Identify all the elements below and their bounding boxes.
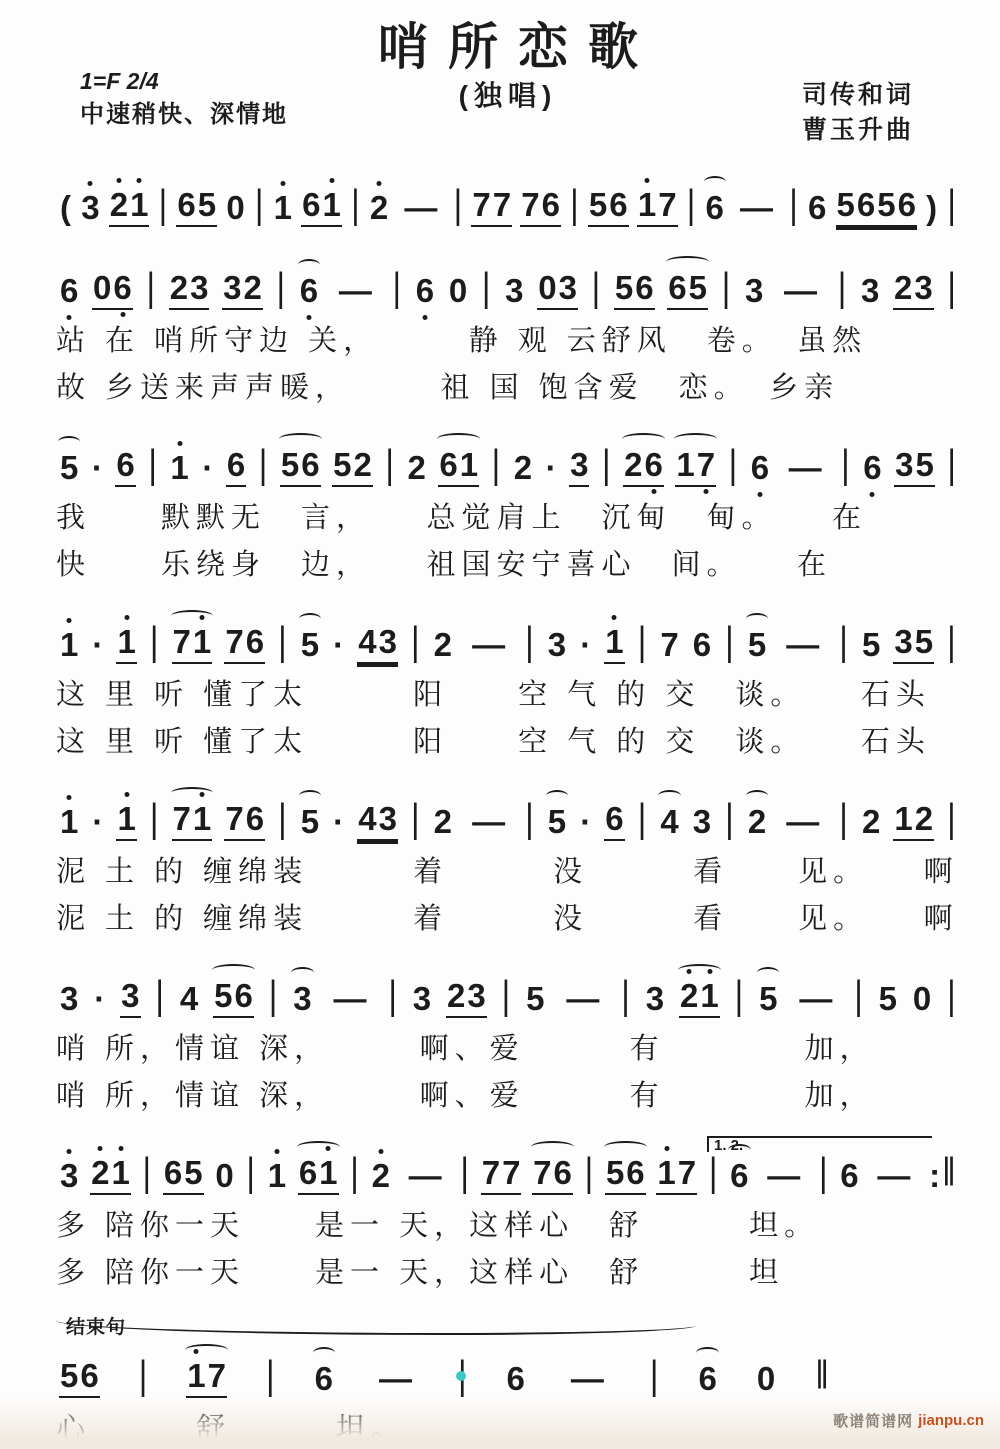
note-group: —	[870, 1157, 917, 1195]
note-token: |	[254, 189, 265, 227]
note-group: |	[837, 272, 848, 310]
note-char: ·	[91, 449, 104, 487]
note-char: 6	[163, 1154, 183, 1192]
note-group: 3	[504, 272, 524, 310]
music-line: 1·1|7176|5·43|2—|3·1|76|5—|535|	[56, 605, 960, 672]
note-token: 1	[59, 803, 79, 841]
note-group: 6	[729, 1157, 749, 1195]
note-token: 3	[569, 446, 589, 487]
note-char: 6	[807, 189, 827, 227]
note-group: |	[946, 626, 957, 664]
music-line: 3·3|456|3—|323|5—|321|5—|50|	[56, 959, 960, 1026]
note-token: |	[620, 980, 631, 1018]
note-group: |	[459, 1157, 470, 1195]
note-group: |	[277, 626, 288, 664]
note-token: ·	[91, 626, 104, 664]
note-token: 6	[750, 449, 770, 487]
note-group: 3	[547, 626, 567, 664]
note-char: |	[410, 794, 421, 840]
note-group: |	[946, 980, 957, 1018]
note-token: 06	[92, 269, 133, 310]
note-char: 1	[169, 449, 189, 487]
note-group: 6	[807, 189, 827, 227]
note-group: |	[384, 449, 395, 487]
note-token: 17	[637, 186, 678, 227]
note-group: |	[481, 272, 492, 310]
note-char: :	[928, 1157, 941, 1195]
note-group: |	[946, 272, 957, 310]
note-token: |	[728, 449, 739, 487]
note-group: 5	[525, 980, 545, 1018]
note-group: (	[59, 189, 72, 227]
note-char: 6	[79, 1357, 99, 1395]
note-char: 5	[183, 1154, 203, 1192]
lyric-row: 哨 所，情谊 深， 啊、爱 有 加，	[56, 1073, 960, 1120]
note-char: |	[601, 441, 612, 487]
note-group: 3	[292, 980, 312, 1018]
note-token: 56	[213, 977, 254, 1018]
note-group: 21	[679, 977, 720, 1018]
note-group: 5	[547, 803, 567, 841]
note-char: 6	[604, 800, 624, 838]
note-group: —	[760, 1157, 807, 1195]
score-line: 3·3|456|3—|323|5—|321|5—|50|哨 所，情谊 深， 啊、…	[56, 959, 960, 1120]
note-group: —	[779, 803, 826, 841]
note-char: |	[453, 181, 464, 227]
note-char: |	[384, 441, 395, 487]
note-group: 3	[744, 272, 764, 310]
note-char: 6	[415, 272, 435, 310]
note-group: 77	[471, 186, 512, 227]
note-group: 03	[537, 269, 578, 310]
note-group: 65	[176, 186, 217, 227]
note-char: 2	[679, 977, 699, 1015]
note-token: —	[465, 803, 512, 841]
score-line: 1·1|7176|5·43|2—|5·6|43|2—|212|泥 土 的 缠绵装…	[56, 782, 960, 943]
note-group: ·	[579, 803, 592, 841]
note-group: 5	[300, 626, 320, 664]
note-char: 6	[506, 1360, 526, 1398]
note-group: 61	[301, 186, 342, 227]
lyric-row: 快 乐绕身 边， 祖国安宁喜心 间。 在	[56, 542, 960, 589]
note-char: 3	[504, 272, 524, 310]
note-token: |	[268, 980, 279, 1018]
note-group: 6	[299, 272, 319, 310]
note-group: 2	[747, 803, 767, 841]
lyric-row: 哨 所，情谊 深， 啊、爱 有 加，	[56, 1026, 960, 1073]
note-token: 17	[186, 1357, 227, 1398]
lyric-row: 这 里 听 懂了太 阳 空 气 的 交 谈。 石头	[56, 672, 960, 719]
cyan-mark-artifact	[456, 1371, 466, 1381]
note-char: |	[268, 971, 279, 1017]
note-group: 5	[758, 980, 778, 1018]
note-char: |	[149, 794, 160, 840]
note-token: :‖	[928, 1157, 957, 1195]
score-line: 606|2332|6—|60|303|5665|3—|323|站 在 哨所守边 …	[56, 251, 960, 412]
note-char: |	[459, 1148, 470, 1194]
ending-row: 结束句	[56, 1309, 960, 1339]
note-char: 5	[300, 803, 320, 841]
note-char: 3	[189, 269, 209, 307]
note-token: 3	[692, 803, 712, 841]
note-char: 5	[758, 980, 778, 1018]
note-group: ·	[332, 626, 345, 664]
note-token: ·	[91, 803, 104, 841]
note-group: 17	[186, 1357, 227, 1398]
note-char: 6	[862, 449, 882, 487]
note-char: 3	[860, 272, 880, 310]
note-token: 23	[169, 269, 210, 310]
note-char: 4	[357, 623, 377, 661]
note-token: 5	[747, 626, 767, 664]
note-group: |	[501, 980, 512, 1018]
note-char: 7	[471, 186, 491, 224]
note-token: |	[838, 626, 849, 664]
note-char: |	[946, 794, 957, 840]
note-group: 3	[120, 977, 140, 1018]
note-char: |	[350, 181, 361, 227]
note-char: |	[686, 181, 697, 227]
note-group: 6	[692, 626, 712, 664]
note-char: —	[559, 980, 606, 1018]
note-group: 65	[163, 1154, 204, 1195]
note-token: |	[154, 980, 165, 1018]
note-char: |	[728, 441, 739, 487]
note-group: |	[276, 272, 287, 310]
note-group: |	[410, 626, 421, 664]
note-char: 3	[558, 269, 578, 307]
note-char: 0	[214, 1157, 234, 1195]
note-token: ·	[93, 980, 106, 1018]
note-char: 7	[207, 1357, 227, 1395]
note-token: 1	[267, 1157, 287, 1195]
note-char: 5	[547, 803, 567, 841]
watermark-url[interactable]: jianpu.cn	[918, 1412, 984, 1429]
note-token: 3	[504, 272, 524, 310]
note-token: —	[559, 980, 606, 1018]
note-token: 5	[758, 980, 778, 1018]
note-group: —	[465, 803, 512, 841]
score-line: 1. 2.321|650|161|2—|7776|5617|6—|6—:‖多 陪…	[56, 1136, 960, 1297]
note-group: |	[724, 626, 735, 664]
note-char: ·	[579, 803, 592, 841]
note-token: —	[779, 803, 826, 841]
note-token: 35	[894, 446, 935, 487]
note-group: 3	[412, 980, 432, 1018]
note-char: 7	[657, 186, 677, 224]
note-group: 3	[59, 980, 79, 1018]
note-char: |	[569, 181, 580, 227]
note-char: 0	[448, 272, 468, 310]
note-group: —	[779, 626, 826, 664]
note-char: 7	[659, 626, 679, 664]
note-group: 1	[273, 189, 293, 227]
note-token: |	[384, 449, 395, 487]
note-char: |	[788, 181, 799, 227]
note-char: 6	[301, 186, 321, 224]
note-token: |	[569, 189, 580, 227]
note-group: 5	[747, 626, 767, 664]
note-token: 3	[59, 1157, 79, 1195]
note-token: 21	[109, 186, 150, 227]
note-token: 32	[222, 269, 263, 310]
note-token: 3	[645, 980, 665, 1018]
note-char: 2	[169, 269, 189, 307]
note-token: —	[332, 272, 379, 310]
note-group: 3	[80, 189, 100, 227]
note-token: 5	[861, 626, 881, 664]
score: (321|650|161|2—|7776|5617|6—|65656)|606|…	[56, 168, 960, 1449]
note-group: 6	[697, 1360, 717, 1398]
note-token: 5	[525, 980, 545, 1018]
note-token: ·	[91, 449, 104, 487]
note-char: 2	[893, 269, 913, 307]
score-line: 1·1|7176|5·43|2—|3·1|76|5—|535|这 里 听 懂了太…	[56, 605, 960, 766]
note-char: 6	[233, 977, 253, 1015]
note-char: 3	[292, 980, 312, 1018]
note-char: 4	[179, 980, 199, 1018]
note-char: |	[349, 1148, 360, 1194]
note-char: 0	[912, 980, 932, 1018]
note-group: |	[147, 449, 158, 487]
note-group: 56	[614, 269, 655, 310]
note-group: 35	[893, 623, 934, 664]
lyric-row: 站 在 哨所守边 关， 静 观 云舒风 卷。 虽然	[56, 318, 960, 365]
note-token: 2	[747, 803, 767, 841]
note-group: 6	[705, 189, 725, 227]
note-token: 6	[862, 449, 882, 487]
note-token: |	[350, 189, 361, 227]
note-token: 1	[169, 449, 189, 487]
lyric-row: 多 陪你一天 是一 天，这样心 舒 坦。	[56, 1203, 960, 1250]
note-char: |	[946, 971, 957, 1017]
note-char: 5	[197, 186, 217, 224]
note-group: 23	[893, 269, 934, 310]
note-group: 2	[861, 803, 881, 841]
note-group: —	[465, 626, 512, 664]
note-token: |	[721, 272, 732, 310]
note-group: 35	[894, 446, 935, 487]
note-token: 61	[438, 446, 479, 487]
note-token: 65	[163, 1154, 204, 1195]
music-line: 56|17|6—|6—|60‖	[56, 1339, 476, 1406]
note-char: 1	[699, 977, 719, 1015]
note-char: |	[724, 617, 735, 663]
score-line: (321|650|161|2—|7776|5617|6—|65656)|	[56, 168, 960, 235]
note-token: |	[459, 1157, 470, 1195]
note-token: |	[410, 803, 421, 841]
note-group: —	[397, 189, 444, 227]
note-token: |	[481, 272, 492, 310]
note-group: 2	[433, 803, 453, 841]
note-char: 3	[913, 269, 933, 307]
note-char: |	[491, 441, 502, 487]
note-char: 3	[894, 446, 914, 484]
note-token: 3	[59, 980, 79, 1018]
note-group: 71	[172, 800, 213, 841]
note-token: 0	[225, 189, 245, 227]
note-token: ·	[332, 803, 345, 841]
note-char: |	[837, 264, 848, 310]
note-group: 2	[406, 449, 426, 487]
note-group: 5	[59, 449, 79, 487]
note-token: 77	[481, 1154, 522, 1195]
note-group: ·	[201, 449, 214, 487]
note-char: 3	[120, 977, 140, 1015]
note-token: 65	[667, 269, 708, 310]
note-char: —	[782, 449, 829, 487]
note-group: |	[721, 272, 732, 310]
note-char: 6	[226, 446, 246, 484]
note-char: ‖	[814, 1351, 830, 1397]
note-char: |	[265, 1351, 276, 1397]
note-group: 7	[659, 626, 679, 664]
note-token: 12	[893, 800, 934, 841]
note-char: |	[481, 264, 492, 310]
note-char: 2	[513, 449, 533, 487]
note-char: |	[853, 971, 864, 1017]
note-group: 0	[448, 272, 468, 310]
note-char: 6	[705, 189, 725, 227]
note-char: 7	[492, 186, 512, 224]
note-token: 2	[406, 449, 426, 487]
note-char: 2	[914, 800, 934, 838]
note-token: |	[277, 626, 288, 664]
tempo-marking: 中速稍快、深情地	[80, 98, 288, 132]
note-token: |	[734, 980, 745, 1018]
note-group: :‖	[928, 1157, 957, 1195]
note-char: 7	[224, 800, 244, 838]
note-char: 1	[59, 803, 79, 841]
note-group: |	[788, 189, 799, 227]
note-char: ·	[91, 803, 104, 841]
note-group: 32	[222, 269, 263, 310]
note-group: ·	[91, 449, 104, 487]
score-header: 哨所恋歌 (独唱) 1=F 2/4 中速稍快、深情地 司传和词 曹玉升曲	[56, 16, 960, 168]
note-token: |	[946, 272, 957, 310]
note-group: 23	[169, 269, 210, 310]
note-char: |	[946, 181, 957, 227]
note-group: |	[946, 449, 957, 487]
note-token: |	[149, 803, 160, 841]
note-token: |	[145, 272, 156, 310]
note-char: 2	[109, 186, 129, 224]
note-group: |	[142, 1157, 153, 1195]
note-char: 3	[378, 800, 398, 838]
note-char: |	[620, 971, 631, 1017]
note-char: 7	[520, 186, 540, 224]
note-group: 0	[214, 1157, 234, 1195]
note-group: —	[564, 1360, 611, 1398]
note-token: 5	[547, 803, 567, 841]
note-token: 2	[369, 189, 389, 227]
note-token: 2	[861, 803, 881, 841]
note-char: 7	[677, 1154, 697, 1192]
note-char: |	[637, 617, 648, 663]
note-group: 3	[645, 980, 665, 1018]
note-token: |	[708, 1157, 719, 1195]
note-char: |	[724, 794, 735, 840]
note-char: |	[840, 441, 851, 487]
note-char: |	[387, 971, 398, 1017]
note-char: |	[142, 1148, 153, 1194]
note-char: 6	[750, 449, 770, 487]
note-char: |	[584, 1148, 595, 1194]
note-group: 1	[59, 803, 79, 841]
note-char: 7	[696, 446, 716, 484]
note-group: 3	[692, 803, 712, 841]
note-group: 3	[569, 446, 589, 487]
note-group: 6	[604, 800, 624, 841]
note-char: 6	[608, 186, 628, 224]
note-token: 61	[301, 186, 342, 227]
note-char: 6	[245, 623, 265, 661]
score-line: 5·6|1·6|5652|261|2·3|2617|6—|635|我 默默无 言…	[56, 428, 960, 589]
note-group: 21	[109, 186, 150, 227]
note-token: |	[258, 449, 269, 487]
note-group: |	[268, 980, 279, 1018]
note-group: 17	[675, 446, 716, 487]
note-char: 3	[744, 272, 764, 310]
note-token: 4	[659, 803, 679, 841]
note-char: 6	[245, 800, 265, 838]
note-token: 21	[90, 1154, 131, 1195]
music-line: 1·1|7176|5·43|2—|5·6|43|2—|212|	[56, 782, 960, 849]
note-char: 5	[861, 626, 881, 664]
note-token: |	[524, 803, 535, 841]
note-group: 0	[225, 189, 245, 227]
note-char: ·	[579, 626, 592, 664]
note-token: —	[760, 1157, 807, 1195]
note-token: 1	[116, 623, 136, 664]
note-char: |	[591, 264, 602, 310]
note-group: 43	[357, 800, 398, 841]
note-token: 56	[588, 186, 629, 227]
note-token: 1	[604, 623, 624, 664]
note-group: 56	[588, 186, 629, 227]
note-group: |	[387, 980, 398, 1018]
note-char: 5	[836, 186, 856, 224]
note-char: 6	[314, 1360, 334, 1398]
note-group: 17	[637, 186, 678, 227]
note-char: 1	[129, 186, 149, 224]
note-char: —	[397, 189, 444, 227]
note-group: —	[792, 980, 839, 1018]
note-group: )	[925, 189, 938, 227]
note-token: 43	[357, 623, 398, 664]
note-char: 6	[897, 186, 917, 224]
note-token: |	[138, 1360, 149, 1398]
note-group: 6	[115, 446, 135, 487]
note-token: 76	[224, 800, 265, 841]
note-group: |	[584, 1157, 595, 1195]
note-token: ·	[201, 449, 214, 487]
note-group: 6	[750, 449, 770, 487]
note-token: 2	[371, 1157, 391, 1195]
music-line: (321|650|161|2—|7776|5617|6—|65656)|	[56, 168, 960, 235]
note-token: |	[524, 626, 535, 664]
note-token: |	[245, 1157, 256, 1195]
note-char: |	[721, 264, 732, 310]
note-token: 76	[532, 1154, 573, 1195]
note-char: 6	[553, 1154, 573, 1192]
key-time-signature: 1=F 2/4	[80, 64, 288, 98]
note-group: |	[524, 803, 535, 841]
note-group: |	[853, 980, 864, 1018]
note-token: 3	[744, 272, 764, 310]
note-group: 1	[59, 626, 79, 664]
note-token: 6	[59, 272, 79, 310]
